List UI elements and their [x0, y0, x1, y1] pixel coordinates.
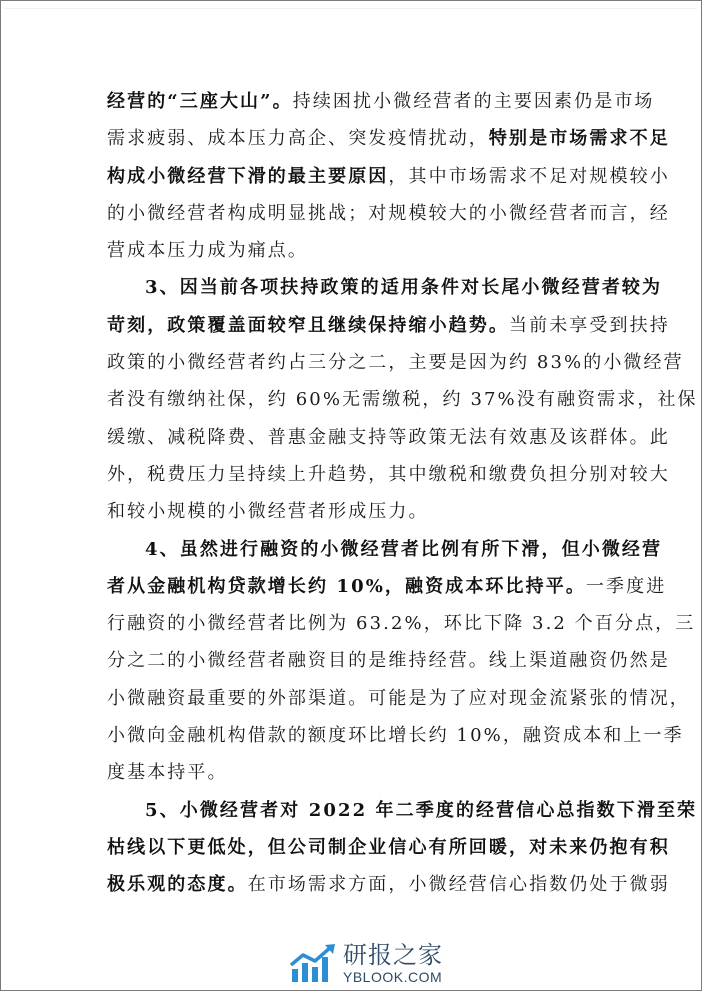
body-text: 缓缴、减税降费、普惠金融支持等政策无法有效惠及该群体。此	[107, 427, 670, 448]
text-line: 政策的小微经营者约占三分之二，主要是因为约 83%的小微经营	[107, 344, 599, 381]
text-line: 分之二的小微经营者融资目的是维持经营。线上渠道融资仍然是	[107, 642, 599, 679]
text-line: 的小微经营者构成明显挑战；对规模较大的小微经营者而言，经	[107, 195, 599, 232]
text-line: 苛刻，政策覆盖面较窄且继续保持缩小趋势。当前未享受到扶持	[107, 307, 599, 344]
paragraph-p-continuation: 经营的“三座大山”。持续困扰小微经营者的主要因素仍是市场需求疲弱、成本压力高企、…	[107, 83, 599, 269]
body-text: 者没有缴纳社保，约 60%无需缴税，约 37%没有融资需求，社保	[107, 389, 698, 410]
text-line: 缓缴、减税降费、普惠金融支持等政策无法有效惠及该群体。此	[107, 419, 599, 456]
body-text: 小微融资最重要的外部渠道。可能是为了应对现金流紧张的情况，	[107, 688, 690, 709]
paragraph-p-4: 4、虽然进行融资的小微经营者比例有所下滑，但小微经营者从金融机构贷款增长约 10…	[107, 531, 599, 792]
bold-text: 5、小微经营者对 2022 年二季度的经营信心总指数下滑至荣	[145, 800, 697, 821]
body-text: 营成本压力成为痛点。	[107, 240, 308, 261]
text-line: 和较小规模的小微经营者形成压力。	[107, 493, 599, 530]
text-line: 经营的“三座大山”。持续困扰小微经营者的主要因素仍是市场	[107, 83, 599, 120]
body-text: ，其中市场需求不足对规模较小	[388, 166, 669, 187]
bold-text: 构成小微经营下滑的最主要原因	[107, 166, 388, 187]
body-text: 分之二的小微经营者融资目的是维持经营。线上渠道融资仍然是	[107, 650, 670, 671]
body-text: 需求疲弱、成本压力高企、突发疫情扰动，	[107, 128, 489, 149]
text-line: 小微向金融机构借款的额度环比增长约 10%，融资成本和上一季	[107, 717, 599, 754]
document-page: 经营的“三座大山”。持续困扰小微经营者的主要因素仍是市场需求疲弱、成本压力高企、…	[0, 0, 702, 991]
body-text: 和较小规模的小微经营者形成压力。	[107, 501, 429, 522]
watermark-title-cn: 研报之家	[343, 943, 443, 967]
text-line: 枯线以下更低处，但公司制企业信心有所回暖，对未来仍抱有积	[107, 829, 599, 866]
text-line: 者没有缴纳社保，约 60%无需缴税，约 37%没有融资需求，社保	[107, 381, 599, 418]
text-line: 构成小微经营下滑的最主要原因，其中市场需求不足对规模较小	[107, 158, 599, 195]
body-text: 外，税费压力呈持续上升趋势，其中缴税和缴费负担分别对较大	[107, 464, 670, 485]
text-line: 5、小微经营者对 2022 年二季度的经营信心总指数下滑至荣	[107, 792, 599, 829]
text-line: 度基本持平。	[107, 754, 599, 791]
body-text: 政策的小微经营者约占三分之二，主要是因为约 83%的小微经营	[107, 352, 684, 373]
paragraph-p-3: 3、因当前各项扶持政策的适用条件对长尾小微经营者较为苛刻，政策覆盖面较窄且继续保…	[107, 269, 599, 530]
watermark-logo: 研报之家 YBLOOK.COM	[289, 938, 459, 988]
bold-text: 经营的“三座大山”。	[107, 91, 293, 112]
text-line: 小微融资最重要的外部渠道。可能是为了应对现金流紧张的情况，	[107, 680, 599, 717]
bold-text: 特别是市场需求不足	[489, 128, 670, 149]
text-line: 需求疲弱、成本压力高企、突发疫情扰动，特别是市场需求不足	[107, 120, 599, 157]
bold-text: 枯线以下更低处，但公司制企业信心有所回暖，对未来仍抱有积	[107, 837, 670, 858]
body-text: 度基本持平。	[107, 762, 228, 783]
text-line: 营成本压力成为痛点。	[107, 232, 599, 269]
header-rule	[5, 8, 697, 9]
bold-text: 极乐观的态度。	[107, 874, 248, 895]
text-line: 3、因当前各项扶持政策的适用条件对长尾小微经营者较为	[107, 269, 599, 306]
body-text: 小微向金融机构借款的额度环比增长约 10%，融资成本和上一季	[107, 725, 684, 746]
body-text: 在市场需求方面，小微经营信心指数仍处于微弱	[248, 874, 670, 895]
body-text: 当前未享受到扶持	[509, 315, 670, 336]
bold-text: 4、虽然进行融资的小微经营者比例有所下滑，但小微经营	[145, 539, 662, 560]
body-text: 行融资的小微经营者比例为 63.2%，环比下降 3.2 个百分点，三	[107, 613, 695, 634]
bold-text: 3、因当前各项扶持政策的适用条件对长尾小微经营者较为	[145, 277, 662, 298]
bold-text: 苛刻，政策覆盖面较窄且继续保持缩小趋势。	[107, 315, 509, 336]
bold-text: 者从金融机构贷款增长约 10%，融资成本环比持平。	[107, 576, 586, 597]
text-line: 行融资的小微经营者比例为 63.2%，环比下降 3.2 个百分点，三	[107, 605, 599, 642]
paragraph-p-5: 5、小微经营者对 2022 年二季度的经营信心总指数下滑至荣枯线以下更低处，但公…	[107, 792, 599, 904]
watermark-title-en: YBLOOK.COM	[343, 970, 443, 984]
body-text: 一季度进	[586, 576, 666, 597]
text-line: 极乐观的态度。在市场需求方面，小微经营信心指数仍处于微弱	[107, 866, 599, 903]
document-body: 经营的“三座大山”。持续困扰小微经营者的主要因素仍是市场需求疲弱、成本压力高企、…	[107, 83, 599, 904]
body-text: 持续困扰小微经营者的主要因素仍是市场	[293, 91, 655, 112]
bar-chart-trend-icon	[289, 943, 337, 983]
body-text: 的小微经营者构成明显挑战；对规模较大的小微经营者而言，经	[107, 203, 670, 224]
text-line: 4、虽然进行融资的小微经营者比例有所下滑，但小微经营	[107, 531, 599, 568]
text-line: 者从金融机构贷款增长约 10%，融资成本环比持平。一季度进	[107, 568, 599, 605]
text-line: 外，税费压力呈持续上升趋势，其中缴税和缴费负担分别对较大	[107, 456, 599, 493]
